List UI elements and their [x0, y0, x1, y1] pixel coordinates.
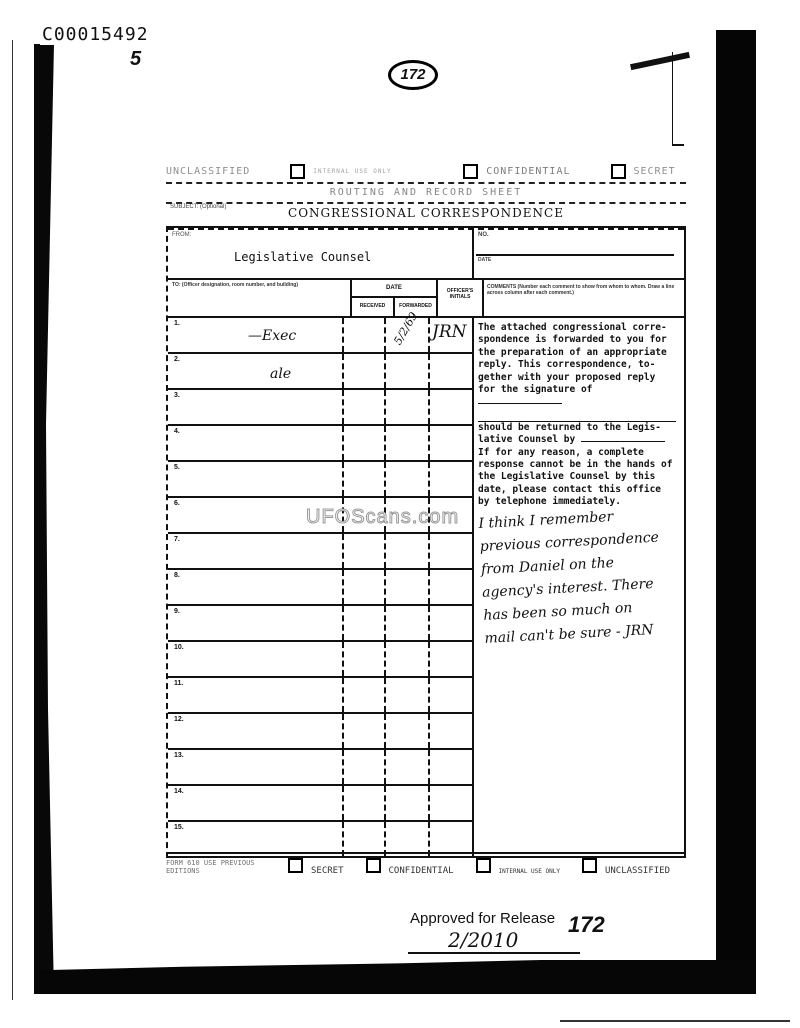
table-row: 5. [168, 462, 474, 498]
cell-to: 4. [168, 426, 344, 460]
watermark: UFOScans.com [306, 506, 459, 529]
release-stamp-number: 172 [568, 912, 605, 938]
typed-text: The attached congressional corre- sponde… [478, 322, 667, 395]
document-id: C00015492 [40, 24, 151, 45]
cell-to: 7. [168, 534, 344, 568]
row-number: 2. [174, 356, 180, 363]
cell-received [344, 786, 386, 820]
handwritten-to: ale [270, 366, 291, 382]
table-row: 4. [168, 426, 474, 462]
cell-received [344, 390, 386, 424]
cell-to: 15. [168, 822, 344, 856]
cell-to: 2.ale [168, 354, 344, 388]
cell-to: 11. [168, 678, 344, 712]
cell-forwarded [386, 678, 430, 712]
cell-initials [430, 390, 474, 424]
from-value: Legislative Counsel [234, 250, 371, 264]
cell-to: 8. [168, 570, 344, 604]
table-row: 13. [168, 750, 474, 786]
row-number: 4. [174, 428, 180, 435]
scan-shadow-right [716, 30, 756, 990]
table-row: 8. [168, 570, 474, 606]
header-initials: OFFICER'S INITIALS [438, 280, 484, 316]
class-internal: INTERNAL USE ONLY [313, 168, 463, 175]
row-number: 13. [174, 752, 184, 759]
row-number: 9. [174, 608, 180, 615]
cell-forwarded [386, 822, 430, 856]
return-date-blank [581, 441, 665, 442]
scan-shadow-left [34, 44, 54, 994]
row-number: 7. [174, 536, 180, 543]
cell-to: 5. [168, 462, 344, 496]
table-row: 12. [168, 714, 474, 750]
class-option-unclassified: UNCLASSIFIED [582, 858, 670, 876]
subject-title: CONGRESSIONAL CORRESPONDENCE [166, 206, 686, 226]
checkbox-secret[interactable] [611, 164, 626, 179]
header-to: TO: (Officer designation, room number, a… [168, 280, 352, 316]
date-label: DATE [478, 257, 491, 263]
scan-shadow-bottom [40, 960, 756, 994]
row-number: 6. [174, 500, 180, 507]
cell-to: 14. [168, 786, 344, 820]
cell-forwarded [386, 750, 430, 784]
cell-initials [430, 570, 474, 604]
cell-received [344, 714, 386, 748]
cell-to: 10. [168, 642, 344, 676]
cell-forwarded [386, 354, 430, 388]
cell-initials [430, 786, 474, 820]
cell-forwarded [386, 462, 430, 496]
classification-bottom-row: FORM 610 USE PREVIOUS EDITIONS SECRET CO… [166, 852, 686, 880]
checkbox-confidential[interactable] [366, 858, 381, 873]
cell-received [344, 426, 386, 460]
cell-received [344, 462, 386, 496]
routing-title: ROUTING AND RECORD SHEET [166, 184, 686, 202]
signature-blank [478, 403, 562, 404]
checkbox-confidential[interactable] [463, 164, 478, 179]
classification-top-row: UNCLASSIFIED INTERNAL USE ONLY CONFIDENT… [166, 160, 686, 182]
release-stamp-label: Approved for Release [410, 910, 555, 927]
checkbox-secret[interactable] [288, 858, 303, 873]
class-secret: SECRET [634, 166, 676, 177]
cell-received [344, 678, 386, 712]
cell-forwarded [386, 570, 430, 604]
table-row: 3. [168, 390, 474, 426]
cell-received [344, 318, 386, 352]
form-number: FORM 610 USE PREVIOUS EDITIONS [166, 859, 266, 875]
release-stamp-date: 2/2010 [448, 928, 518, 952]
cell-forwarded [386, 642, 430, 676]
cell-to: 13. [168, 750, 344, 784]
table-row: 11. [168, 678, 474, 714]
cell-received [344, 642, 386, 676]
cell-initials: JRN [430, 318, 474, 352]
class-confidential: CONFIDENTIAL [486, 166, 570, 177]
class-option-internal: INTERNAL USE ONLY [476, 858, 560, 876]
handwritten-initials: JRN [432, 322, 467, 342]
circled-page-number: 172 [388, 60, 438, 90]
class-label: SECRET [311, 866, 344, 876]
cell-to: 12. [168, 714, 344, 748]
cell-initials [430, 426, 474, 460]
cell-to: 1.—Exec [168, 318, 344, 352]
cell-initials [430, 642, 474, 676]
class-label: UNCLASSIFIED [605, 866, 670, 876]
row-number: 5. [174, 464, 180, 471]
from-label: FROM: [172, 232, 191, 238]
checkbox-internal[interactable] [290, 164, 305, 179]
handwritten-to: —Exec [248, 328, 296, 344]
scan-edge-line [12, 40, 13, 1000]
cell-forwarded [386, 714, 430, 748]
comments-paragraph-2: should be returned to the Legis- lative … [478, 422, 680, 447]
table-header: TO: (Officer designation, room number, a… [168, 280, 684, 318]
number-date-cell: NO. DATE [474, 230, 684, 278]
cell-initials [430, 822, 474, 856]
handwritten-comment: I think I remember previous corresponden… [478, 502, 687, 650]
comments-column: The attached congressional corre- sponde… [474, 318, 684, 856]
class-option-secret: SECRET [288, 858, 344, 876]
comments-paragraph-3: If for any reason, a complete response c… [478, 447, 680, 509]
table-row: 7. [168, 534, 474, 570]
cell-initials [430, 354, 474, 388]
comments-paragraph-1: The attached congressional corre- sponde… [478, 322, 680, 409]
from-row: FROM: Legislative Counsel NO. DATE [168, 228, 684, 280]
cell-received [344, 750, 386, 784]
table-row: 1.—Exec 5/2/69 JRN [168, 318, 474, 354]
signature-blank-line [478, 409, 676, 422]
cell-forwarded [386, 786, 430, 820]
table-row: 2.ale [168, 354, 474, 390]
cell-forwarded: 5/2/69 [386, 318, 430, 352]
class-label: INTERNAL USE ONLY [499, 868, 560, 875]
row-number: 12. [174, 716, 184, 723]
cell-received [344, 354, 386, 388]
row-number: 3. [174, 392, 180, 399]
row-number: 1. [174, 320, 180, 327]
row-number: 11. [174, 680, 183, 687]
cell-initials [430, 714, 474, 748]
row-number: 14. [174, 788, 184, 795]
routing-grid: FROM: Legislative Counsel NO. DATE TO: (… [166, 226, 686, 858]
routing-rows: 1.—Exec 5/2/69 JRN 2.ale 3. 4. 5. 6. 7. … [168, 318, 474, 856]
cell-forwarded [386, 606, 430, 640]
cell-received [344, 534, 386, 568]
cell-to: 3. [168, 390, 344, 424]
row-number: 8. [174, 572, 180, 579]
header-date-label: DATE [352, 280, 436, 298]
margin-mark: 5 [130, 48, 141, 71]
table-body: 1.—Exec 5/2/69 JRN 2.ale 3. 4. 5. 6. 7. … [168, 318, 684, 856]
cell-initials [430, 606, 474, 640]
checkbox-internal[interactable] [476, 858, 491, 873]
release-stamp-underline [408, 952, 580, 954]
from-cell: FROM: Legislative Counsel [168, 230, 474, 278]
class-option-confidential: CONFIDENTIAL [366, 858, 454, 876]
table-row: 14. [168, 786, 474, 822]
cell-forwarded [386, 390, 430, 424]
number-label: NO. [478, 232, 489, 238]
table-row: 9. [168, 606, 474, 642]
cell-forwarded [386, 426, 430, 460]
margin-bracket-foot [672, 144, 684, 146]
header-comments: COMMENTS (Number each comment to show fr… [484, 280, 684, 316]
scan-edge-bottom-line [560, 1020, 790, 1022]
cell-initials [430, 750, 474, 784]
class-unclassified: UNCLASSIFIED [166, 166, 250, 177]
margin-bracket [672, 52, 673, 144]
divider [476, 254, 674, 256]
row-number: 10. [174, 644, 184, 651]
cell-received [344, 822, 386, 856]
table-row: 15. [168, 822, 474, 856]
cell-initials [430, 462, 474, 496]
table-row: 10. [168, 642, 474, 678]
cell-received [344, 606, 386, 640]
row-number: 15. [174, 824, 184, 831]
header-date: DATE RECEIVED FORWARDED [352, 280, 438, 316]
header-received: RECEIVED [352, 298, 395, 316]
header-date-subcols: RECEIVED FORWARDED [352, 298, 436, 316]
cell-received [344, 570, 386, 604]
checkbox-unclassified[interactable] [582, 858, 597, 873]
redaction-scribble [630, 52, 690, 70]
cell-forwarded [386, 534, 430, 568]
class-label: CONFIDENTIAL [389, 866, 454, 876]
cell-initials [430, 678, 474, 712]
cell-initials [430, 534, 474, 568]
cell-to: 9. [168, 606, 344, 640]
